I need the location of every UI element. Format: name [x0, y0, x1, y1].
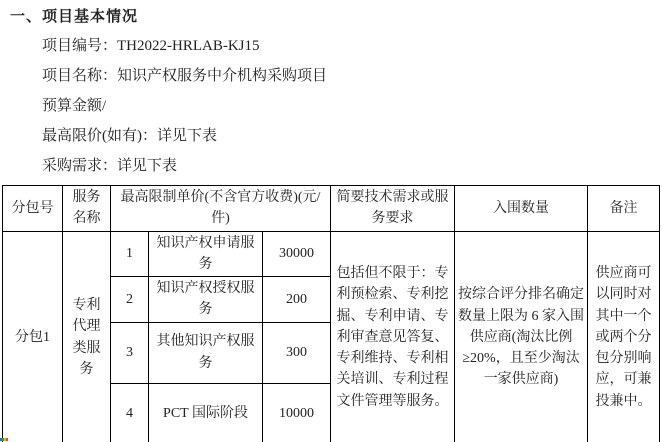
cell-item-no: 4: [111, 383, 149, 442]
cell-item-name: 其他知识产权服务: [149, 322, 263, 383]
table-row: 分包1 专利代理类服务 1 知识产权申请服务 30000 包括但不限于：专利预检…: [3, 231, 660, 277]
cell-item-price: 300: [263, 322, 331, 383]
cell-item-price: 30000: [263, 231, 331, 277]
field-label: 项目编号：: [42, 38, 117, 54]
procurement-table: 分包号 服务名称 最高限制单价(不含官方收费)(元/件) 简要技术需求或服务要求…: [2, 185, 660, 442]
cell-item-name: 知识产权申请服务: [149, 231, 263, 277]
cell-item-name: PCT 国际阶段: [149, 383, 263, 442]
cell-shortlist-quantity: 按综合评分排名确定数量上限为 6 家入围供应商(淘汰比例≥20%，且至少淘汰一家…: [455, 231, 588, 442]
cell-service-category: 专利代理类服务: [63, 231, 111, 442]
field-value: 详见下表: [117, 158, 177, 174]
cell-item-name: 知识产权授权服务: [149, 277, 263, 323]
header-shortlist-quantity: 入围数量: [455, 186, 588, 232]
cursor-artifact: [0, 438, 8, 441]
field-label: 最高限价(如有)：: [42, 128, 157, 144]
cell-remarks: 供应商可以同时对其中一个或两个分包分别响应，可兼投兼中。: [588, 231, 660, 442]
field-label: 采购需求：: [42, 158, 117, 174]
procurement-document: 一、项目基本情况 项目编号：TH2022-HRLAB-KJ15 项目名称：知识产…: [0, 0, 662, 442]
cell-package-no: 分包1: [3, 231, 63, 442]
field-label: 项目名称：: [42, 68, 117, 84]
cell-item-no: 1: [111, 231, 149, 277]
field-budget-amount: 预算金额/: [42, 96, 106, 116]
field-project-name: 项目名称：知识产权服务中介机构采购项目: [42, 66, 327, 86]
field-value: 知识产权服务中介机构采购项目: [117, 68, 327, 84]
cell-item-no: 2: [111, 277, 149, 323]
field-project-number: 项目编号：TH2022-HRLAB-KJ15: [42, 36, 260, 56]
field-value: /: [102, 98, 106, 114]
cell-requirements: 包括但不限于：专利预检索、专利挖掘、专利申请、专利审查意见答复、专利维持、专利相…: [331, 231, 455, 442]
header-max-unit-price: 最高限制单价(不含官方收费)(元/件): [111, 186, 331, 232]
field-value: TH2022-HRLAB-KJ15: [117, 38, 260, 54]
field-label: 预算金额: [42, 98, 102, 114]
section-title: 一、项目基本情况: [10, 7, 138, 27]
field-value: 详见下表: [157, 128, 217, 144]
field-max-price: 最高限价(如有)：详见下表: [42, 126, 217, 146]
header-remarks: 备注: [588, 186, 660, 232]
cell-item-no: 3: [111, 322, 149, 383]
field-procurement-demand: 采购需求：详见下表: [42, 156, 177, 176]
table-header-row: 分包号 服务名称 最高限制单价(不含官方收费)(元/件) 简要技术需求或服务要求…: [3, 186, 660, 232]
header-service-name: 服务名称: [63, 186, 111, 232]
header-requirements: 简要技术需求或服务要求: [331, 186, 455, 232]
cell-item-price: 10000: [263, 383, 331, 442]
cell-item-price: 200: [263, 277, 331, 323]
header-package-no: 分包号: [3, 186, 63, 232]
